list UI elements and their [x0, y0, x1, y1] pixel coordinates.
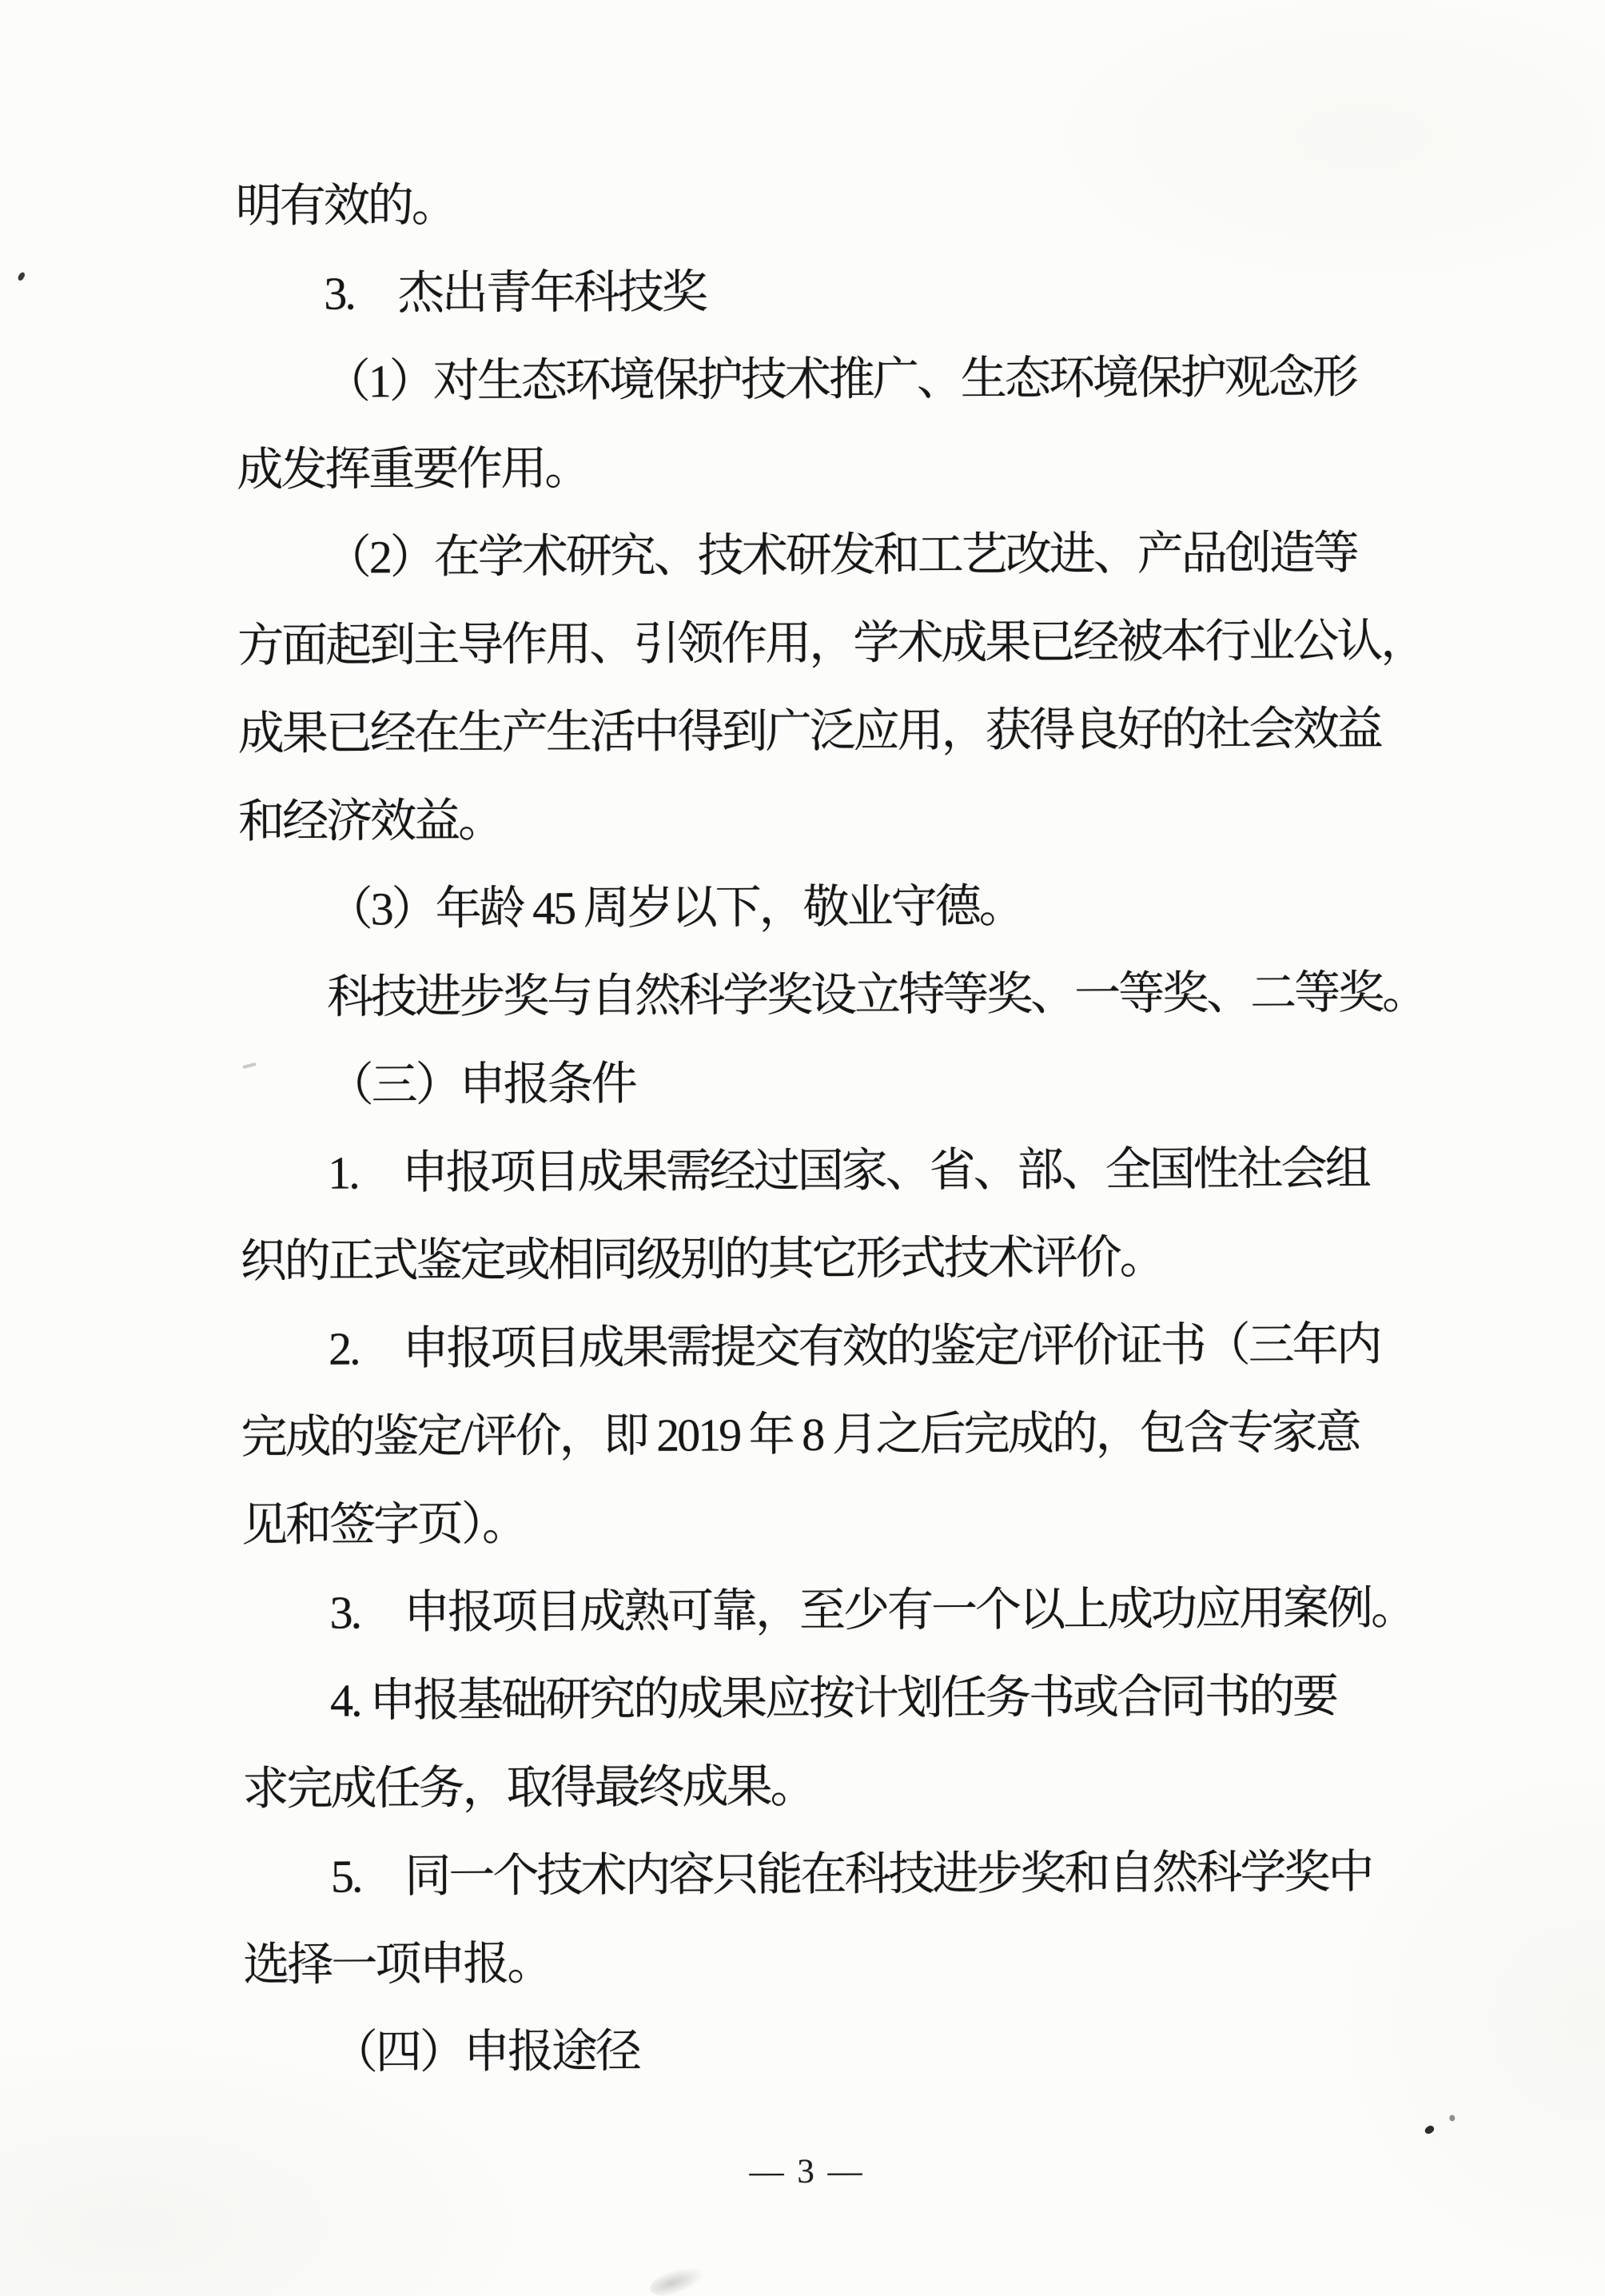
text-line: 明有效的。: [236, 157, 1411, 250]
text-line: （3）年龄 45 周岁以下，敬业守德。: [238, 861, 1413, 954]
text-line: 4. 申报基础研究的成果应按计划任务书或合同书的要: [242, 1652, 1417, 1745]
scan-smudge-bottom-left: [647, 2261, 707, 2296]
text-line: 成发挥重要作用。: [237, 421, 1412, 514]
text-line: 5. 同一个技术内容只能在科技进步奖和自然科学奖中: [243, 1828, 1418, 1921]
scan-speck-left-margin: [17, 271, 26, 281]
text-line: （2）在学术研究、技术研发和工艺改进、产品创造等: [237, 509, 1412, 602]
text-line: （三）申报条件: [239, 1037, 1414, 1130]
text-line: 见和签字页）。: [241, 1477, 1416, 1569]
text-line: 3. 申报项目成熟可靠，至少有一个以上成功应用案例。: [241, 1565, 1416, 1657]
text-line: 和经济效益。: [238, 773, 1413, 866]
text-line: （1）对生态环境保护技术推广、生态环境保护观念形: [237, 333, 1412, 426]
text-line: 科技进步奖与自然科学奖设立特等奖、一等奖、二等奖。: [239, 949, 1414, 1042]
text-line: （四）申报途径: [244, 2004, 1419, 2097]
text-line: 方面起到主导作用、引领作用，学术成果已经被本行业公认，: [237, 597, 1412, 690]
text-line: 成果已经在生产生活中得到广泛应用，获得良好的社会效益: [237, 685, 1412, 778]
page-content: 明有效的。3. 杰出青年科技奖（1）对生态环境保护技术推广、生态环境保护观念形成…: [0, 0, 1605, 2296]
text-line: 完成的鉴定/评价，即 2019 年 8 月之后完成的，包含专家意: [241, 1389, 1416, 1481]
scan-speck-bottom-dark: [1424, 2124, 1436, 2135]
text-line: 3. 杰出青年科技奖: [236, 245, 1411, 338]
text-line: 织的正式鉴定或相同级别的其它形式技术评价。: [240, 1213, 1415, 1305]
text-line: 2. 申报项目成果需提交有效的鉴定/评价证书（三年内: [241, 1301, 1416, 1393]
text-line: 1. 申报项目成果需经过国家、省、部、全国性社会组: [240, 1125, 1415, 1218]
scanned-document-page: 明有效的。3. 杰出青年科技奖（1）对生态环境保护技术推广、生态环境保护观念形成…: [0, 0, 1605, 2296]
text-line: 选择一项申报。: [243, 1916, 1418, 2009]
page-number: — 3 —: [4, 2149, 1605, 2195]
scan-speck-bottom-gray: [1449, 2115, 1455, 2121]
text-line: 求完成任务，取得最终成果。: [242, 1740, 1417, 1833]
document-text-block: 明有效的。3. 杰出青年科技奖（1）对生态环境保护技术推广、生态环境保护观念形成…: [236, 157, 1420, 2097]
